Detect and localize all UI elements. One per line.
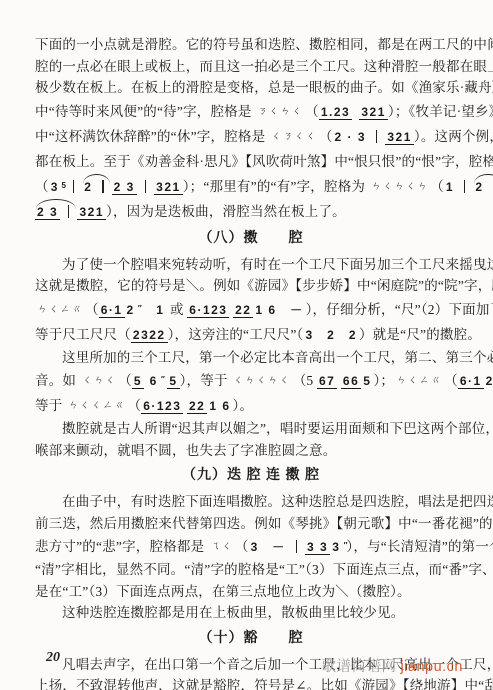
jianpu-notation: 1 6 － bbox=[253, 303, 305, 317]
jianpu-notation: 2 bbox=[125, 303, 141, 317]
body-text: ）。这两个例，滑腔 bbox=[414, 129, 493, 144]
body-text: 极少数在板上。在板上的滑腔是变格，总是一眼板的曲子。如《渔家乐·藏舟》【尾声】 bbox=[35, 80, 493, 95]
text-line: 极少数在板上。在板上的滑腔是变格，总是一眼板的曲子。如《渔家乐·藏舟》【尾声】 bbox=[35, 77, 467, 99]
watermark-site-name: 歌谱简谱网 bbox=[321, 659, 396, 675]
body-text: 上扬，不致混转他声，这就是豁腔，符号是∠。比如《游园》【绕地游】中“乱煞年光遍” bbox=[35, 678, 493, 690]
body-text: 在曲子中，有时迭腔下面连唱擞腔。这种迭腔总是四迭腔，唱法是把四迭腔唱出 bbox=[62, 494, 493, 509]
text-line: 都在板上。至于《劝善金科·思凡》【风吹荷叶煞】中“恨只恨”的“恨”字，腔格为 ㄋ… bbox=[35, 149, 467, 174]
jianpu-notation: 5 bbox=[132, 374, 144, 389]
jianpu-notation: 3 2 2 bbox=[304, 328, 360, 342]
body-text: 是在“工”（3）下面连点两点，在第三点地位上改为＼（擞腔）。 bbox=[35, 584, 411, 599]
text-line: 中“待等时来风便”的“待”字，腔格是 ㄋㄑㄣㄑ（1.23 321）；《牧羊记·望… bbox=[35, 99, 467, 124]
text-line: 2 3321），因为是迭板曲，滑腔当然在板上了。 bbox=[35, 199, 467, 224]
jianpu-notation: 67 bbox=[317, 374, 337, 389]
jianpu-notation: 5 bbox=[167, 374, 179, 389]
text-line: 喉部来颤动，就唱不圆，也失去了字准腔圆之意。 bbox=[35, 440, 467, 462]
body-text: ）； bbox=[373, 373, 394, 388]
body-text: （ bbox=[305, 104, 319, 119]
text-line: 音。如 ㄑㄣㄑ（5 6 5），等于 ㄑㄣㄑㄣㄑ（5 67 665）；ㄣㄑㄥㄍ（6… bbox=[35, 368, 467, 393]
body-text: 中“这杯满饮休辞醉”的“休”字，腔格是 bbox=[35, 129, 269, 144]
barline bbox=[73, 180, 74, 193]
text-line: 这种迭腔连擞腔都是用在上板曲里，散板曲里比较少见。 bbox=[35, 602, 467, 624]
body-text: 擞腔就是古人所谓“迟其声以媚之”，唱时要运用面颊和下巴这两个部位，若只用 bbox=[62, 421, 493, 436]
text-line: 腔的一点必在眼上或板上，而且这一拍必是三个工尺。这种滑腔一般都在眼上，只有 bbox=[35, 56, 467, 78]
jianpu-notation: 1 6 bbox=[207, 399, 232, 413]
body-text: （ bbox=[35, 179, 49, 194]
section-heading: （九）迭 腔 连 擞 腔 bbox=[35, 461, 467, 491]
body-text: （5 bbox=[293, 373, 317, 388]
body-text: 悲方寸”的“悲”字，腔格都是 bbox=[35, 539, 208, 554]
jianpu-notation: 321 bbox=[385, 130, 414, 145]
body-text: ）；“那里有”的“有”字，腔格为 bbox=[183, 179, 369, 194]
body-text: ），这旁注的“工尺尺”（ bbox=[168, 327, 304, 342]
body-text: （ bbox=[444, 373, 458, 388]
text-line: 下面的一小点就是滑腔。它的符号虽和迭腔、擞腔相同，都是在两工尺的中间，但滑 bbox=[35, 34, 467, 56]
body-text: （ bbox=[235, 539, 249, 554]
body-text: 等于 bbox=[35, 398, 66, 413]
barline bbox=[296, 540, 297, 553]
body-text: （ bbox=[319, 129, 333, 144]
text-line: “清”字相比，显然不同。“清”字的腔格是“工”（3）下面连点三点，而“番”字、“… bbox=[35, 559, 467, 581]
jianpu-notation: 6 bbox=[148, 374, 164, 388]
jianpu-notation: 6·1 bbox=[458, 374, 484, 389]
watermark: 歌谱简谱网jianpu.cn bbox=[321, 655, 463, 676]
document-body: 下面的一小点就是滑腔。它的符号虽和迭腔、擞腔相同，都是在两工尺的中间，但滑腔的一… bbox=[35, 34, 467, 690]
body-text: （ bbox=[85, 302, 99, 317]
jianpu-notation: 5 bbox=[361, 374, 373, 388]
barline bbox=[145, 180, 146, 193]
jianpu-notation: 2 bbox=[484, 374, 493, 388]
body-text: ），仔细分析，“尺”（2）下面加了＼， bbox=[306, 302, 493, 317]
text-line: 悲方寸”的“悲”字，腔格都是 ㄟㄑ（3 －3 33），与“长清短清”的第一个 bbox=[35, 534, 467, 559]
scanned-book-page: 下面的一小点就是滑腔。它的符号虽和迭腔、擞腔相同，都是在两工尺的中间，但滑腔的一… bbox=[0, 0, 493, 690]
jianpu-notation: 6·123 bbox=[141, 399, 183, 414]
text-line: 是在“工”（3）下面连点两点，在第三点地位上改为＼（擞腔）。 bbox=[35, 581, 467, 603]
gongche-notation: ㄣㄑㄥㄍ bbox=[392, 368, 446, 393]
gongche-notation: ㄋㄑㄣㄑ bbox=[253, 99, 307, 124]
body-text: 等于尺工尺尺（ bbox=[35, 327, 131, 342]
jianpu-notation: 6·123 bbox=[187, 303, 229, 318]
body-text: 喉部来颤动，就唱不圆，也失去了字准腔圆之意。 bbox=[35, 443, 336, 458]
jianpu-notation: 1 bbox=[444, 180, 456, 194]
text-line: 中“这杯满饮休辞醉”的“休”字，腔格是 ㄑㄋㄑㄑ（2 · 3321）。这两个例，… bbox=[35, 124, 467, 149]
body-text: ）。 bbox=[233, 398, 254, 413]
jianpu-notation: 3 bbox=[49, 180, 65, 194]
jianpu-notation: 1 bbox=[141, 303, 167, 317]
body-text: 这里所加的三个工尺，第一个必定比本音高出一个工尺，第二、第三个必是连用本 bbox=[62, 350, 493, 365]
body-text: （ bbox=[127, 398, 141, 413]
body-text: 音。如 bbox=[35, 373, 80, 388]
barline bbox=[464, 180, 465, 193]
body-text: 下面的一小点就是滑腔。它的符号虽和迭腔、擞腔相同，都是在两工尺的中间，但滑 bbox=[35, 37, 493, 52]
text-line: （322 3321）；“那里有”的“有”字，腔格为 ㄣㄑㄣㄑㄣ（12 bbox=[35, 174, 467, 199]
gongche-notation: ㄣㄑㄥㄍ bbox=[33, 297, 87, 322]
jianpu-notation: 2322 bbox=[131, 328, 168, 343]
jianpu-notation: 321 bbox=[359, 105, 388, 120]
body-text: ）就是“尺”的擞腔。 bbox=[359, 327, 481, 342]
jianpu-notation: 3 3 bbox=[305, 540, 330, 555]
text-line: 等于尺工尺尺（2322），这旁注的“工尺尺”（3 2 2）就是“尺”的擞腔。 bbox=[35, 322, 467, 347]
watermark-domain: jianpu.cn bbox=[400, 659, 463, 675]
jianpu-notation: 2 bbox=[82, 180, 94, 194]
body-text: ），与“长清短清”的第一个 bbox=[346, 539, 493, 554]
text-line: 在曲子中，有时迭腔下面连唱擞腔。这种迭腔总是四迭腔，唱法是把四迭腔唱出 bbox=[35, 491, 467, 513]
body-text: 中“待等时来风便”的“待”字，腔格是 bbox=[35, 104, 255, 119]
text-line: 等于 ㄣㄑㄑㄥㄍ（6·123 221 6）。 bbox=[35, 393, 467, 418]
section-heading: （八）擞 腔 bbox=[35, 224, 467, 254]
jianpu-notation: 22 bbox=[187, 399, 207, 414]
jianpu-notation: 6·1 bbox=[99, 303, 125, 318]
jianpu-notation: 321 bbox=[154, 180, 183, 195]
gongche-notation: ㄑㄣㄑㄣㄑ bbox=[229, 368, 295, 393]
body-text: 这种迭腔连擞腔都是用在上板曲里，散板曲里比较少见。 bbox=[62, 605, 405, 620]
text-line: 这里所加的三个工尺，第一个必定比本音高出一个工尺，第二、第三个必是连用本 bbox=[35, 347, 467, 369]
body-text: （ bbox=[430, 179, 444, 194]
gongche-notation: ㄑㄣㄑ bbox=[78, 368, 121, 393]
jianpu-notation: 2 3 bbox=[35, 205, 60, 220]
gongche-notation: ㄟㄑ bbox=[206, 534, 237, 559]
body-text: （ bbox=[118, 373, 132, 388]
jianpu-notation: 1.23 bbox=[319, 105, 352, 120]
body-text: 为了使一个腔唱来宛转动听，有时在一个工尺下面另加三个工尺来摇曳这个音， bbox=[62, 257, 493, 272]
body-text: 腔的一点必在眼上或板上，而且这一拍必是三个工尺。这种滑腔一般都在眼上，只有 bbox=[35, 59, 493, 74]
text-line: 为了使一个腔唱来宛转动听，有时在一个工尺下面另加三个工尺来摇曳这个音， bbox=[35, 254, 467, 276]
gongche-notation: ㄣㄑㄑㄥㄍ bbox=[64, 393, 130, 418]
body-text: 这就是擞腔，它的符号是＼。例如《游园》【步步娇】中“闲庭院”的“院”字，腔格为 bbox=[35, 278, 493, 293]
body-text: “清”字相比，显然不同。“清”字的腔格是“工”（3）下面连点三点，而“番”字、“… bbox=[35, 562, 493, 577]
jianpu-notation: 2 bbox=[473, 180, 485, 194]
jianpu-notation: 2 · 3 bbox=[333, 130, 369, 144]
text-line: ㄣㄑㄥㄍ（6·12 1 或 6·123 221 6 －），仔细分析，“尺”（2）… bbox=[35, 297, 467, 322]
body-text: ）；《牧羊记·望乡》【画眉序】 bbox=[388, 104, 493, 119]
jianpu-notation: 66 bbox=[341, 374, 361, 389]
text-line: 前三迭，然后用擞腔来代替第四迭。例如《琴挑》【朝元歌】中“一番花褪”的“番”字，… bbox=[35, 513, 467, 535]
jianpu-notation: 2 3 bbox=[112, 180, 137, 195]
jianpu-notation: 3 bbox=[330, 540, 346, 554]
gongche-notation: ㄑㄋㄑㄑ bbox=[267, 124, 321, 149]
body-text: 或 bbox=[166, 302, 187, 317]
text-line: 这就是擞腔，它的符号是＼。例如《游园》【步步娇】中“闲庭院”的“院”字，腔格为 bbox=[35, 275, 467, 297]
jianpu-notation: 3 － bbox=[249, 540, 288, 554]
body-text: ），等于 bbox=[180, 373, 232, 388]
page-number: 20 bbox=[46, 650, 60, 666]
barline bbox=[376, 130, 377, 143]
jianpu-notation: 321 bbox=[77, 205, 106, 220]
jianpu-notation: 22 bbox=[233, 303, 253, 318]
body-text: 前三迭，然后用擞腔来代替第四迭。例如《琴挑》【朝元歌】中“一番花褪”的“番”字，… bbox=[35, 516, 493, 531]
text-line: 上扬，不致混转他声，这就是豁腔，符号是∠。比如《游园》【绕地游】中“乱煞年光遍” bbox=[35, 675, 467, 690]
body-text: 都在板上。至于《劝善金科·思凡》【风吹荷叶煞】中“恨只恨”的“恨”字，腔格为 bbox=[35, 154, 493, 169]
section-heading: （十）豁 腔 bbox=[35, 624, 467, 654]
gongche-notation: ㄣㄑㄣㄑㄣ bbox=[367, 174, 433, 199]
text-line: 擞腔就是古人所谓“迟其声以媚之”，唱时要运用面颊和下巴这两个部位，若只用 bbox=[35, 418, 467, 440]
body-text: ），因为是迭板曲，滑腔当然在板上了。 bbox=[106, 204, 346, 219]
